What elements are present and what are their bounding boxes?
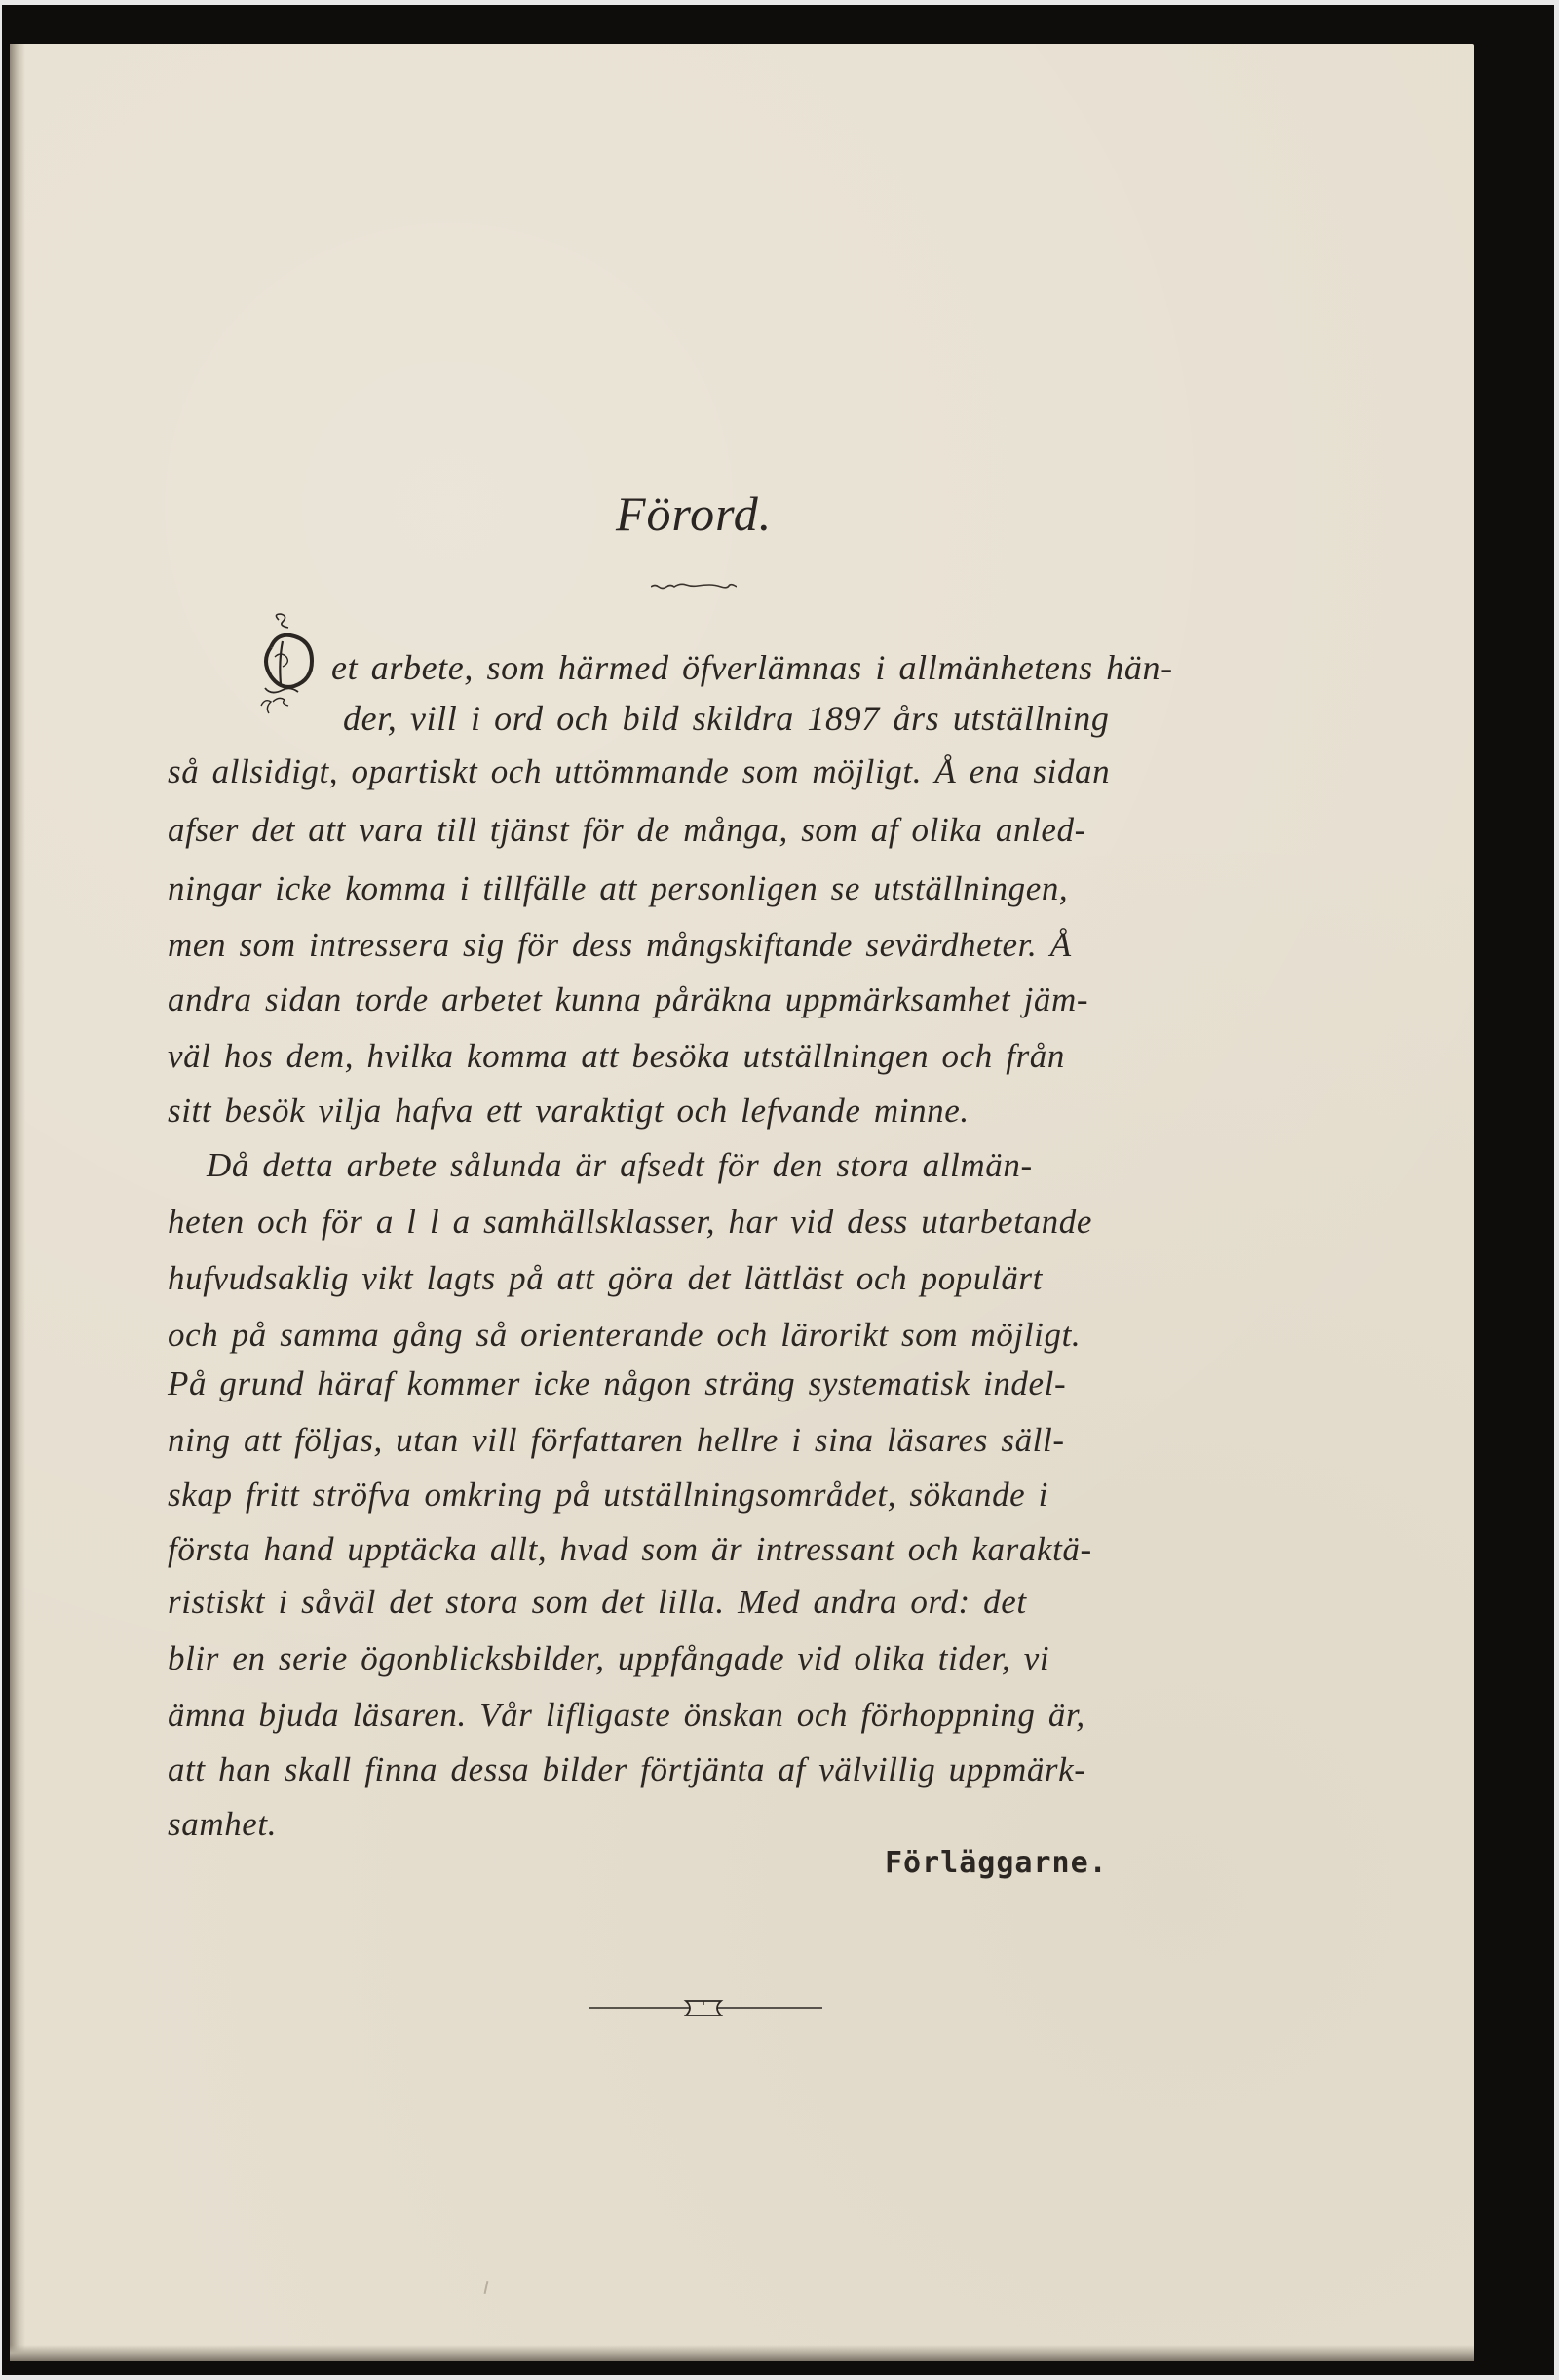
paragraph-start-line: Då detta arbete sålunda är afsedt för de… [207,1146,1033,1185]
text-line: blir en serie ögonblicksbilder, uppfånga… [168,1639,1049,1678]
text-line: samhet. [168,1805,277,1844]
wavy-rule-ornament [651,581,737,591]
end-ornament-icon [589,1992,822,2021]
text-line: första hand upptäcka allt, hvad som är i… [168,1530,1092,1569]
ornamental-drop-cap-icon [251,612,329,719]
text-line: väl hos dem, hvilka komma att besöka uts… [168,1037,1065,1076]
text-line: men som intressera sig för dess mångskif… [168,926,1072,965]
text-line: der, vill i ord och bild skildra 1897 år… [343,698,1109,739]
text-line: så allsidigt, opartiskt och uttömmande s… [168,752,1110,791]
text-line: et arbete, som härmed öfverlämnas i allm… [331,647,1173,688]
page-edge-shadow-bottom [10,2345,1474,2361]
text-line: sitt besök vilja hafva ett varaktigt och… [168,1092,970,1131]
text-line: hufvudsaklig vikt lagts på att göra det … [168,1259,1043,1298]
publisher-signature: Förläggarne. [885,1846,1108,1880]
text-line: att han skall finna dessa bilder förtjän… [168,1750,1086,1789]
text-line: och på samma gång så orienterande och lä… [168,1316,1081,1355]
text-line: afser det att vara till tjänst för de må… [168,811,1086,850]
document-title: Förord. [616,485,772,542]
text-line: ning att följas, utan vill författaren h… [168,1421,1065,1460]
text-line: skap fritt ströfva omkring på utställnin… [168,1476,1048,1515]
text-line: andra sidan torde arbetet kunna påräkna … [168,980,1088,1019]
text-line: heten och för a l l a samhällsklasser, h… [168,1203,1092,1242]
text-line: ristiskt i såväl det stora som det lilla… [168,1583,1027,1622]
text-line: ämna bjuda läsaren. Vår lifligaste önska… [168,1696,1085,1735]
page-edge-shadow-left [10,44,25,2361]
text-line: ningar icke komma i tillfälle att person… [168,869,1068,908]
text-line: På grund häraf kommer icke någon sträng … [168,1364,1066,1403]
